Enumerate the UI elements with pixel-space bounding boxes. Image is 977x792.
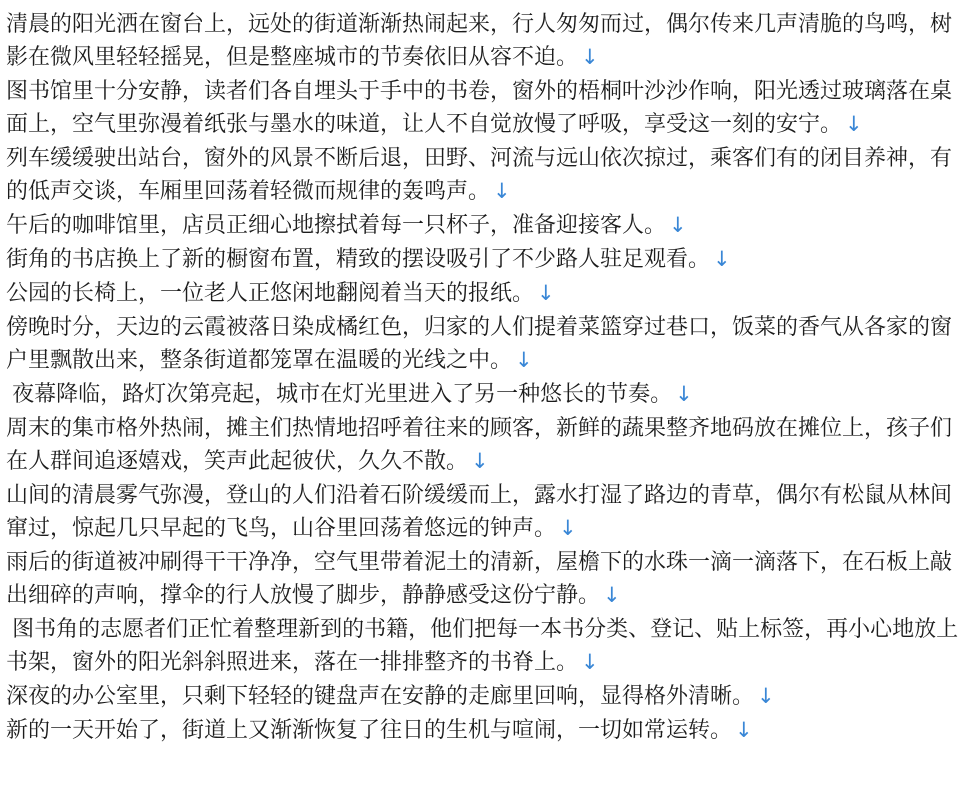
paragraph-text: 雨后的街道被冲刷得干干净净，空气里带着泥土的清新，屋檐下的水珠一滴一滴落下，在石… <box>6 549 952 607</box>
paragraph-text: 清晨的阳光洒在窗台上，远处的街道渐渐热闹起来，行人匆匆而过，偶尔传来几声清脆的鸟… <box>6 11 952 69</box>
paragraph: 列车缓缓驶出站台，窗外的风景不断后退，田野、河流与远山依次掠过，乘客们有的闭目养… <box>6 141 971 208</box>
line-break-mark-icon: ↓ <box>600 583 621 607</box>
paragraph-text: 午后的咖啡馆里，店员正细心地擦拭着每一只杯子，准备迎接客人。 <box>6 212 666 237</box>
paragraph: 山间的清晨雾气弥漫，登山的人们沿着石阶缓缓而上，露水打湿了路边的青草，偶尔有松鼠… <box>6 478 971 545</box>
paragraph-text: 新的一天开始了，街道上又渐渐恢复了往日的生机与喧闹，一切如常运转。 <box>6 717 732 742</box>
paragraph: 周末的集市格外热闹，摊主们热情地招呼着往来的顾客，新鲜的蔬果整齐地码放在摊位上，… <box>6 411 971 478</box>
paragraph: 深夜的办公室里，只剩下轻轻的键盘声在安静的走廊里回响，显得格外清晰。↓ <box>6 679 971 713</box>
line-break-mark-icon: ↓ <box>490 179 511 203</box>
line-break-mark-icon: ↓ <box>578 45 599 69</box>
line-break-mark-icon: ↓ <box>534 281 555 305</box>
line-break-mark-icon: ↓ <box>666 213 687 237</box>
paragraph-text: 列车缓缓驶出站台，窗外的风景不断后退，田野、河流与远山依次掠过，乘客们有的闭目养… <box>6 145 952 203</box>
line-break-mark-icon: ↓ <box>556 516 577 540</box>
paragraph: 午后的咖啡馆里，店员正细心地擦拭着每一只杯子，准备迎接客人。↓ <box>6 208 971 242</box>
paragraph: 新的一天开始了，街道上又渐渐恢复了往日的生机与喧闹，一切如常运转。↓ <box>6 713 971 747</box>
paragraph-text: 图书角的志愿者们正忙着整理新到的书籍，他们把每一本书分类、登记、贴上标签，再小心… <box>6 616 958 674</box>
paragraph-text: 街角的书店换上了新的橱窗布置，精致的摆设吸引了不少路人驻足观看。 <box>6 246 710 271</box>
paragraph: 街角的书店换上了新的橱窗布置，精致的摆设吸引了不少路人驻足观看。↓ <box>6 242 971 276</box>
line-break-mark-icon: ↓ <box>578 650 599 674</box>
line-break-mark-icon: ↓ <box>512 348 533 372</box>
paragraph: 傍晚时分，天边的云霞被落日染成橘红色，归家的人们提着菜篮穿过巷口，饭菜的香气从各… <box>6 310 971 377</box>
paragraph: 图书角的志愿者们正忙着整理新到的书籍，他们把每一本书分类、登记、贴上标签，再小心… <box>6 612 971 679</box>
paragraph: 夜幕降临，路灯次第亮起，城市在灯光里进入了另一种悠长的节奏。↓ <box>6 377 971 411</box>
line-break-mark-icon: ↓ <box>732 718 753 742</box>
line-break-mark-icon: ↓ <box>468 449 489 473</box>
line-break-mark-icon: ↓ <box>710 247 731 271</box>
line-break-mark-icon: ↓ <box>754 684 775 708</box>
paragraph-text: 图书馆里十分安静，读者们各自埋头于手中的书卷，窗外的梧桐叶沙沙作响，阳光透过玻璃… <box>6 78 952 136</box>
paragraph-text: 山间的清晨雾气弥漫，登山的人们沿着石阶缓缓而上，露水打湿了路边的青草，偶尔有松鼠… <box>6 482 952 540</box>
line-break-mark-icon: ↓ <box>672 382 693 406</box>
paragraph: 清晨的阳光洒在窗台上，远处的街道渐渐热闹起来，行人匆匆而过，偶尔传来几声清脆的鸟… <box>6 7 971 74</box>
document-page: 清晨的阳光洒在窗台上，远处的街道渐渐热闹起来，行人匆匆而过，偶尔传来几声清脆的鸟… <box>0 0 977 792</box>
paragraph: 雨后的街道被冲刷得干干净净，空气里带着泥土的清新，屋檐下的水珠一滴一滴落下，在石… <box>6 545 971 612</box>
line-break-mark-icon: ↓ <box>842 112 863 136</box>
paragraph: 图书馆里十分安静，读者们各自埋头于手中的书卷，窗外的梧桐叶沙沙作响，阳光透过玻璃… <box>6 74 971 141</box>
paragraph: 公园的长椅上，一位老人正悠闲地翻阅着当天的报纸。↓ <box>6 276 971 310</box>
paragraph-text: 深夜的办公室里，只剩下轻轻的键盘声在安静的走廊里回响，显得格外清晰。 <box>6 683 754 708</box>
paragraph-text: 傍晚时分，天边的云霞被落日染成橘红色，归家的人们提着菜篮穿过巷口，饭菜的香气从各… <box>6 314 952 372</box>
paragraph-text: 夜幕降临，路灯次第亮起，城市在灯光里进入了另一种悠长的节奏。 <box>6 381 672 406</box>
paragraph-text: 公园的长椅上，一位老人正悠闲地翻阅着当天的报纸。 <box>6 280 534 305</box>
